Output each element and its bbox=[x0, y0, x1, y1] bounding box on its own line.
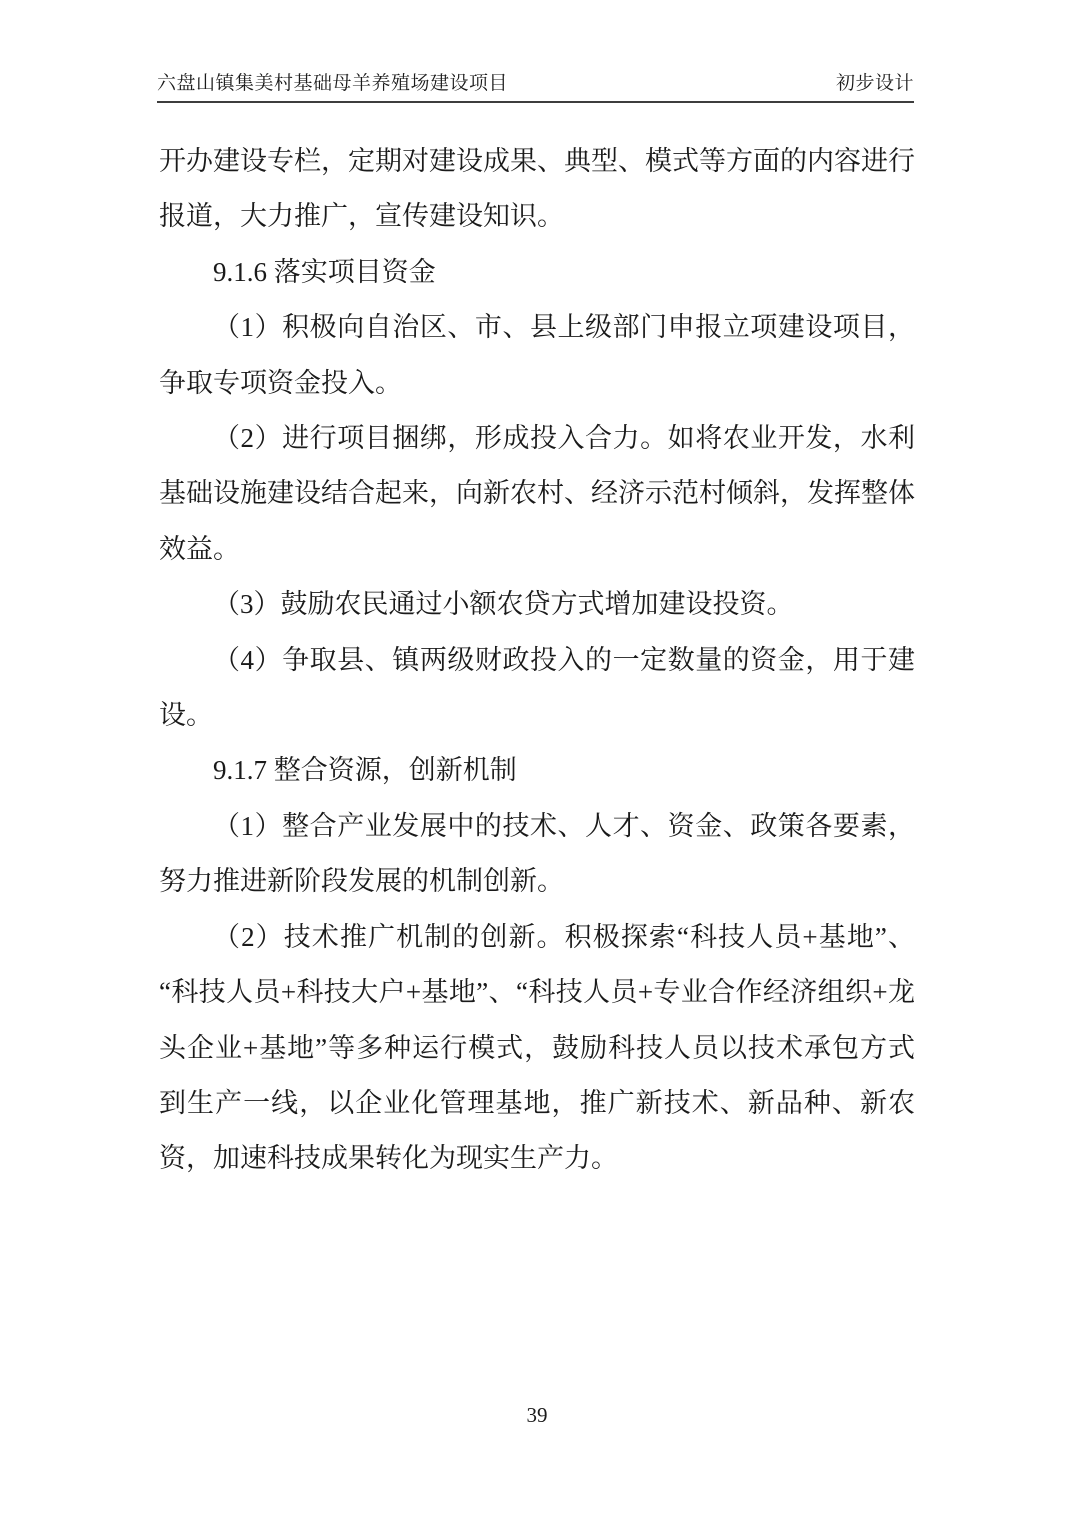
paragraph: （1）积极向自治区、市、县上级部门申报立项建设项目，争取专项资金投入。 bbox=[159, 300, 915, 411]
page-header: 六盘山镇集美村基础母羊养殖场建设项目 初步设计 bbox=[157, 72, 914, 103]
paragraph: （2）进行项目捆绑，形成投入合力。如将农业开发，水利基础设施建设结合起来，向新农… bbox=[159, 411, 915, 577]
header-doc-type: 初步设计 bbox=[836, 72, 914, 96]
paragraph: （4）争取县、镇两级财政投入的一定数量的资金，用于建设。 bbox=[159, 633, 915, 744]
section-heading: 9.1.7 整合资源，创新机制 bbox=[159, 743, 915, 798]
document-page: 六盘山镇集美村基础母羊养殖场建设项目 初步设计 开办建设专栏，定期对建设成果、典… bbox=[0, 0, 1074, 1520]
paragraph: （2）技术推广机制的创新。积极探索“科技人员+基地”、“科技人员+科技大户+基地… bbox=[159, 910, 915, 1187]
page-number: 39 bbox=[527, 1403, 548, 1427]
section-heading: 9.1.6 落实项目资金 bbox=[159, 245, 915, 300]
paragraph: （1）整合产业发展中的技术、人才、资金、政策各要素，努力推进新阶段发展的机制创新… bbox=[159, 799, 915, 910]
page-footer: 39 bbox=[0, 1400, 1074, 1430]
header-project-title: 六盘山镇集美村基础母羊养殖场建设项目 bbox=[157, 72, 508, 96]
document-body: 开办建设专栏，定期对建设成果、典型、模式等方面的内容进行报道，大力推广，宣传建设… bbox=[159, 134, 915, 1187]
paragraph: （3）鼓励农民通过小额农贷方式增加建设投资。 bbox=[159, 577, 915, 632]
paragraph: 开办建设专栏，定期对建设成果、典型、模式等方面的内容进行报道，大力推广，宣传建设… bbox=[159, 134, 915, 245]
